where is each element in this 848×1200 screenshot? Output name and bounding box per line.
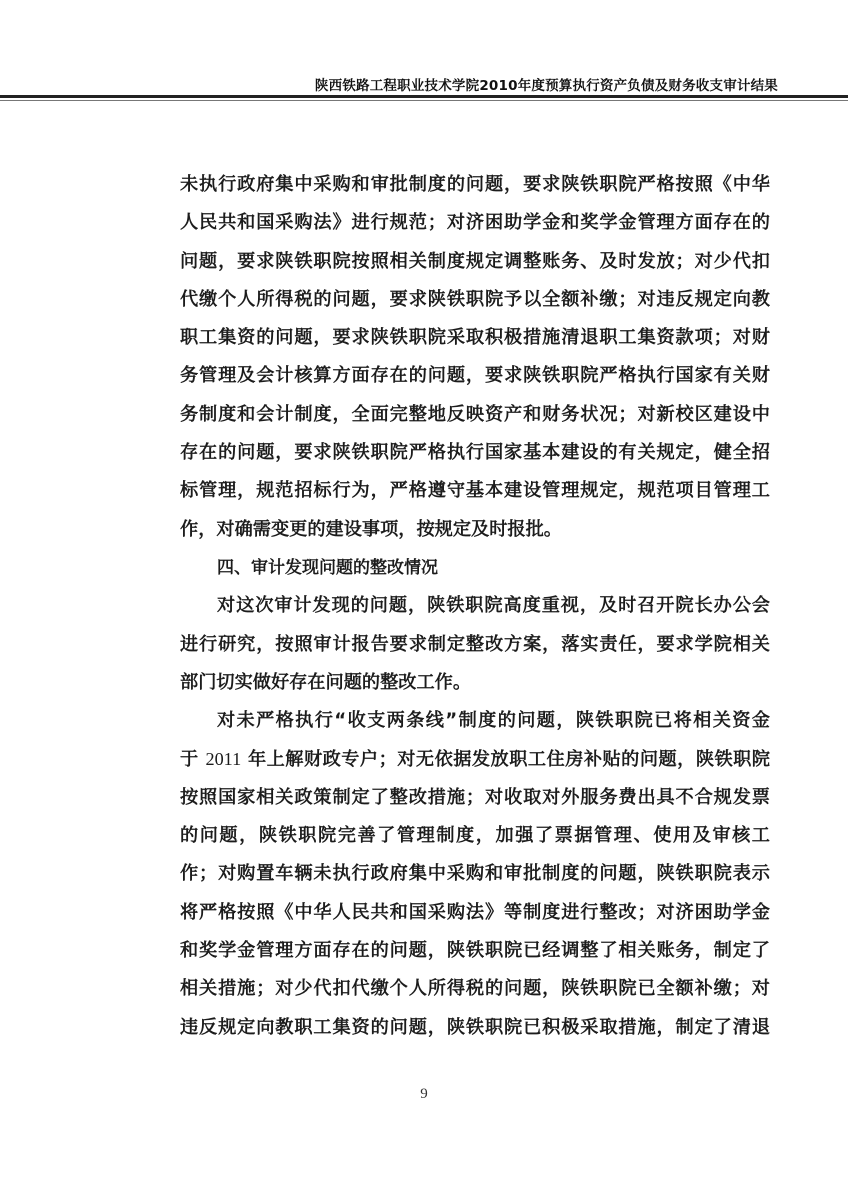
paragraph-line: 存在的问题，要求陕铁职院严格执行国家基本建设的有关规定，健全招 — [180, 434, 770, 472]
paragraph-line: 和奖学金管理方面存在的问题，陕铁职院已经调整了相关账务，制定了 — [180, 932, 770, 970]
year-prefix: 于 — [180, 749, 205, 770]
paragraph-line: 作；对购置车辆未执行政府集中采购和审批制度的问题，陕铁职院表示 — [180, 855, 770, 893]
paragraph-line: 问题，要求陕铁职院按照相关制度规定调整账务、及时发放；对少代扣 — [180, 243, 770, 281]
paragraph-line-with-year: 于 2011 年上解财政专户；对无依据发放职工住房补贴的问题，陕铁职院 — [180, 740, 770, 778]
paragraph-line: 违反规定向教职工集资的问题，陕铁职院已积极采取措施，制定了清退 — [180, 1009, 770, 1047]
year-suffix: 年上解财政专户；对无依据发放职工住房补贴的问题，陕铁职院 — [241, 749, 770, 770]
paragraph-line: 部门切实做好存在问题的整改工作。 — [180, 664, 770, 702]
paragraph-line: 按照国家相关政策制定了整改措施；对收取对外服务费出具不合规发票 — [180, 779, 770, 817]
section-heading: 四、审计发现问题的整改情况 — [180, 549, 770, 587]
paragraph-line: 标管理，规范招标行为，严格遵守基本建设管理规定，规范项目管理工 — [180, 472, 770, 510]
header-rule-thin — [0, 100, 848, 101]
paragraph-line: 对这次审计发现的问题，陕铁职院高度重视，及时召开院长办公会 — [180, 587, 770, 625]
paragraph-line: 作，对确需变更的建设事项，按规定及时报批。 — [180, 511, 770, 549]
document-body: 未执行政府集中采购和审批制度的问题，要求陕铁职院严格按照《中华 人民共和国采购法… — [180, 166, 770, 1047]
paragraph-line: 务制度和会计制度，全面完整地反映资产和财务状况；对新校区建设中 — [180, 396, 770, 434]
paragraph-line: 将严格按照《中华人民共和国采购法》等制度进行整改；对济困助学金 — [180, 894, 770, 932]
paragraph-line: 进行研究，按照审计报告要求制定整改方案，落实责任，要求学院相关 — [180, 626, 770, 664]
paragraph-line: 务管理及会计核算方面存在的问题，要求陕铁职院严格执行国家有关财 — [180, 357, 770, 395]
paragraph-line: 相关措施；对少代扣代缴个人所得税的问题，陕铁职院已全额补缴；对 — [180, 970, 770, 1008]
paragraph-line: 对未严格执行“收支两条线”制度的问题，陕铁职院已将相关资金 — [180, 702, 770, 740]
running-header-title: 陕西铁路工程职业技术学院2010年度预算执行资产负债及财务收支审计结果 — [0, 74, 848, 94]
year-value: 2011 — [205, 749, 241, 769]
paragraph-line: 职工集资的问题，要求陕铁职院采取积极措施清退职工集资款项；对财 — [180, 319, 770, 357]
page-number: 9 — [0, 1086, 848, 1103]
paragraph-line: 代缴个人所得税的问题，要求陕铁职院予以全额补缴；对违反规定向教 — [180, 281, 770, 319]
header-rule-thick — [0, 95, 848, 98]
paragraph-line: 的问题，陕铁职院完善了管理制度，加强了票据管理、使用及审核工 — [180, 817, 770, 855]
paragraph-line: 人民共和国采购法》进行规范；对济困助学金和奖学金管理方面存在的 — [180, 204, 770, 242]
paragraph-line: 未执行政府集中采购和审批制度的问题，要求陕铁职院严格按照《中华 — [180, 166, 770, 204]
